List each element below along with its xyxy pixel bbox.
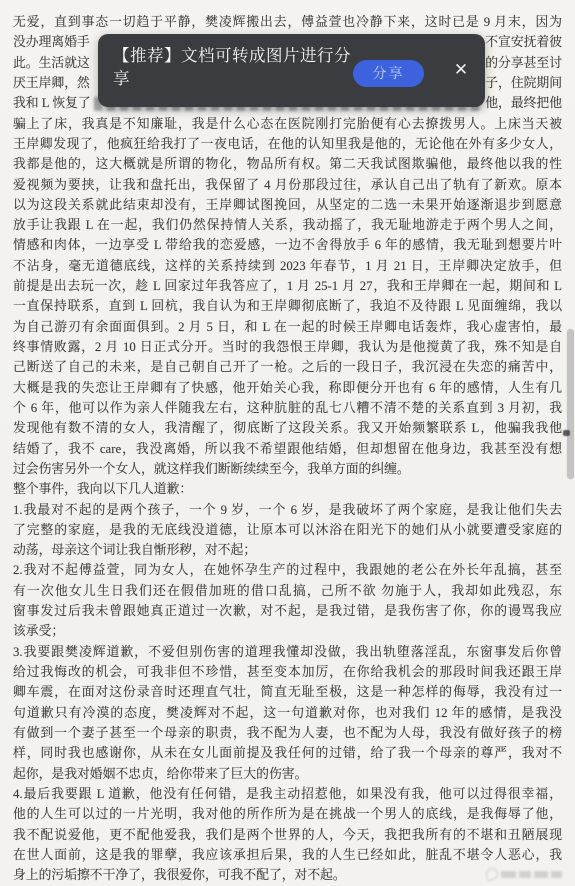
text-line: 爱视频为要挟，让我和盘托出，我保留了 4 月份那段过往，承认自己出了轨有了新欢。… (13, 175, 562, 195)
text-line: 动荡，母亲这个词让我自惭形秽，对不起； (13, 540, 562, 560)
watermark-icon (485, 867, 499, 881)
text-line: 4.最后我要跟 L 道歉，他没有任何错，是我主动招惹他，如果没有我，他可以过得很… (13, 784, 562, 804)
text-line: 句道歉只有冷漠的态度，樊凌辉对不起，这一句道歉对你，也对我们 12 年的感情，是… (13, 703, 562, 723)
text-line: 发现他有数不清的女人，我清醒了，彻底断了这段关系。我又开始频繁联系 L，他骗我我… (13, 418, 562, 438)
text-line: 我都是他的，这大概就是所谓的物化，物品所有权。第二天我试图欺骗他，最终他以我的性 (13, 154, 562, 174)
scrollbar-thumb[interactable] (568, 329, 574, 479)
text-line: 他的人生可以过的一片光明，我对他的所作所为是在挑战一个男人的底线，是我侮辱了他， (13, 804, 562, 824)
text-line: 个 6 年，他可以作为亲人伴随我左右，这种肮脏的乱七八糟不清不楚的关系直到 3 … (13, 398, 562, 418)
text-line: 过会伤害另外一个女人，就这样我们断断续续至今，我单方面的纠缠。 (13, 459, 562, 479)
text-line: 整个事件，我向以下几人道歉： (13, 479, 562, 499)
text-line: 无爱，直到事态一切趋于平静，樊凌辉搬出去，傅益萱也冷静下来，这时已是 9 月末，… (13, 12, 562, 32)
text-line: 大概是我的失恋让王岸卿有了快感，他开始关心我，称即便分开也有 6 年的感情，人生… (13, 378, 562, 398)
text-line: 在世人面前，这是我的罪孽，我应该承担后果，我的人生已经如此，脏乱不堪令人恶心，我 (13, 845, 562, 865)
share-toast: 【推荐】文档可转成图片进行分享 分享 ✕ (98, 34, 485, 107)
text-line: 王岸卿发现了，他疯狂给我打了一夜电话，在他的认知里我是他的，无论他在外有多少女人… (13, 134, 562, 154)
text-line: 有一次他女儿生日我们还在假借加班的借口乱搞，己所不欲 勿施于人，我却如此残忍，东 (13, 581, 562, 601)
text-line: 结婚了，我不 care，我没离婚，所以我不希望跟他结婚，但却想留在他身边，我甚至… (13, 439, 562, 459)
text-line: 有做到一个妻子甚至一个母亲的职责，我不配为人妻，也不配为人母，我没有做好孩子的榜 (13, 723, 562, 743)
text-line: 己断送了自己的未来，是自己朝自己开了一枪。之后的一段日子，我沉浸在失恋的痛苦中， (13, 357, 562, 377)
text-line: 情感和肉体，一边享受 L 带给我的恋爱感，一边不舍得放手 6 年的感情，我无耻到… (13, 235, 562, 255)
text-line: 以为这段关系就此结束却没有，王岸卿试图挽回，从坚定的二选一未果开始逐渐退步到愿意 (13, 195, 562, 215)
text-line: 一直保持联系，直到 L 回杭，我自认为和王岸卿彻底断了，我迫不及待跟 L 见面缠… (13, 296, 562, 316)
text-line: 卿车震，在面对这份录音时还理直气壮，简直无耻至极，这是一种怎样的侮辱，我没有过一 (13, 682, 562, 702)
text-line: 该承受； (13, 621, 562, 641)
text-line: 了完整的家庭，是我的无底线没道德，让原本可以沐浴在阳光下的她们从小就要遭受家庭的 (13, 520, 562, 540)
text-line: 起你，是我对婚姻不忠贞，给你带来了巨大的伤害。 (13, 764, 562, 784)
text-line: 样，同时我也感谢你，从未在女儿面前提及我任何的过错，给了我一个母亲的尊严，我对不 (13, 743, 562, 763)
text-line: 窗事发过后我未曾跟她真正道过一次歉，对不起，是我过错，是我伤害了你，你的谩骂我应 (13, 601, 562, 621)
image-artifact-dot (563, 430, 570, 436)
watermark (486, 867, 572, 881)
text-line: 3.我要跟樊凌辉道歉，不爱但别伤害的道理我懂却没做，我出轨堕落淫乱，东窗事发后你… (13, 642, 562, 662)
text-line: 2.我对不起傅益萱，同为女人，在她怀孕生产的过程中，我跟她的老公在外长年乱搞，甚… (13, 560, 562, 580)
document-text: 无爱，直到事态一切趋于平静，樊凌辉搬出去，傅益萱也冷静下来，这时已是 9 月末，… (13, 12, 562, 885)
document-page: 无爱，直到事态一切趋于平静，樊凌辉搬出去，傅益萱也冷静下来，这时已是 9 月末，… (0, 0, 575, 886)
text-line: 前提是出去玩一次，趁 L 回家过年我答应了，1 月 25-1 月 27，我和王岸… (13, 276, 562, 296)
text-line: 身上的污垢擦不干净了，我很爱你，可我不配了，对不起。 (13, 865, 562, 885)
text-line: 不沾身，毫无道德底线，这样的关系持续到 2023 年春节，1 月 21 日，王岸… (13, 256, 562, 276)
text-line: 为自己游刃有余面面俱到。2 月 5 日，和 L 在一起的时候王岸卿电话轰炸，我心… (13, 317, 562, 337)
text-line: 放手让我跟 L 在一起，我们仍然保持情人关系，我动摇了，我无耻地游走于两个男人之… (13, 215, 562, 235)
toast-message: 【推荐】文档可转成图片进行分享 (113, 45, 361, 91)
text-line: 终事情败露，2 月 10 日正式分开。当时的我怨恨王岸卿，我认为是他搅黄了我，殊… (13, 337, 562, 357)
text-line: 我不配说爱他，更不配他爱我，我们是两个世界的人，今天，我把我所有的不堪和丑陋展现 (13, 825, 562, 845)
text-line: 骗上了床，我真是不知廉耻，我是什么心态在医院刚打完胎便有心去撩拨男人。上床当天被 (13, 114, 562, 134)
share-button[interactable]: 分享 (353, 60, 424, 87)
text-line: 给过我悔改的机会，可我非但不珍惜，甚至变本加厉，在你给我机会的那段时间我还跟王岸 (13, 662, 562, 682)
text-line: 1.我最对不起的是两个孩子，一个 9 岁，一个 6 岁，是我破坏了两个家庭，是我… (13, 500, 562, 520)
close-icon[interactable]: ✕ (449, 58, 473, 82)
